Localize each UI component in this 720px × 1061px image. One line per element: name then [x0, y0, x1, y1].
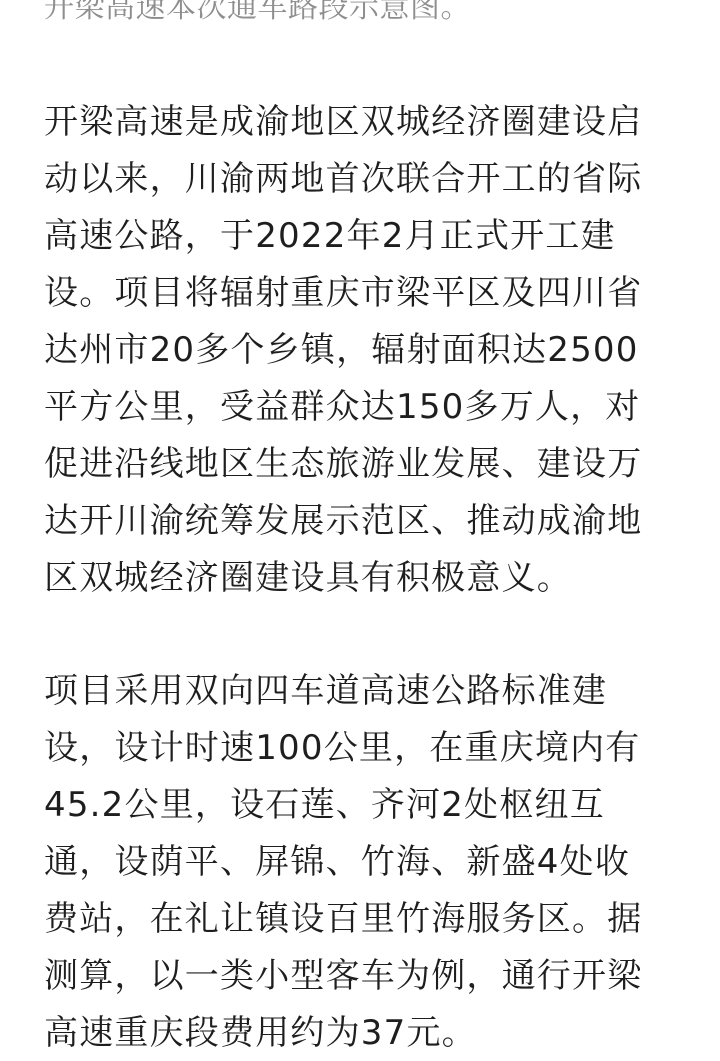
paragraph-line: 通，设荫平、屏锦、竹海、新盛4处收: [44, 834, 684, 891]
paragraph-line: 费站，在礼让镇设百里竹海服务区。据: [44, 891, 684, 948]
paragraph-line: 促进沿线地区生态旅游业发展、建设万: [44, 436, 684, 493]
article-paragraph-2: 项目采用双向四车道高速公路标准建 设，设计时速100公里，在重庆境内有 45.2…: [44, 663, 684, 1061]
image-caption: 开梁高速本次通车路段示意图。: [44, 0, 471, 28]
paragraph-line: 45.2公里，设石莲、齐河2处枢纽互: [44, 777, 684, 834]
paragraph-line: 区双城经济圈建设具有积极意义。: [44, 550, 684, 607]
paragraph-line: 设，设计时速100公里，在重庆境内有: [44, 720, 684, 777]
paragraph-line: 设。项目将辐射重庆市梁平区及四川省: [44, 265, 684, 322]
paragraph-line: 测算，以一类小型客车为例，通行开梁: [44, 948, 684, 1005]
article-paragraph-1: 开梁高速是成渝地区双城经济圈建设启 动以来，川渝两地首次联合开工的省际 高速公路…: [44, 94, 684, 607]
paragraph-line: 开梁高速是成渝地区双城经济圈建设启: [44, 94, 684, 151]
paragraph-line: 高速公路，于2022年2月正式开工建: [44, 208, 684, 265]
paragraph-line: 平方公里，受益群众达150多万人，对: [44, 379, 684, 436]
paragraph-line: 动以来，川渝两地首次联合开工的省际: [44, 151, 684, 208]
paragraph-line: 达开川渝统筹发展示范区、推动成渝地: [44, 493, 684, 550]
paragraph-line: 达州市20多个乡镇，辐射面积达2500: [44, 322, 684, 379]
paragraph-line: 项目采用双向四车道高速公路标准建: [44, 663, 684, 720]
paragraph-line: 高速重庆段费用约为37元。: [44, 1005, 684, 1061]
